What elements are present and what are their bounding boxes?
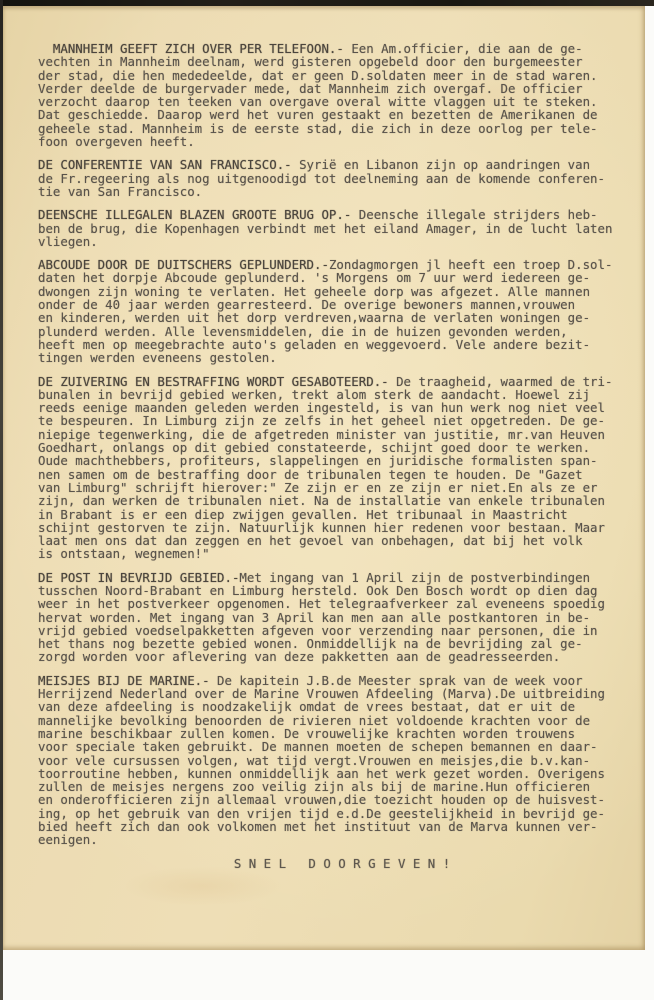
document-page: MANNHEIM GEEFT ZICH OVER PER TELEFOON.- … bbox=[3, 6, 645, 950]
article-meisjes-marine: MEISJES BIJ DE MARINE.- De kapitein J.B.… bbox=[38, 674, 646, 847]
article-body: Een Am.officier, die aan de ge- vechten … bbox=[38, 41, 598, 149]
article-body: Zondagmorgen jl heeft een troep D.sol- d… bbox=[38, 257, 612, 365]
article-zuivering-bestraffing: DE ZUIVERING EN BESTRAFFING WORDT GESABO… bbox=[38, 375, 646, 561]
article-mannheim: MANNHEIM GEEFT ZICH OVER PER TELEFOON.- … bbox=[38, 42, 646, 148]
paper-stain bbox=[123, 866, 283, 906]
page-text-column: MANNHEIM GEEFT ZICH OVER PER TELEFOON.- … bbox=[38, 42, 646, 870]
article-conferentie-san-francisco: DE CONFERENTIE VAN SAN FRANCISCO.- Syrië… bbox=[38, 158, 646, 198]
article-deensche-illegalen: DEENSCHE ILLEGALEN BLAZEN GROOTE BRUG OP… bbox=[38, 208, 646, 248]
scan-edge-left bbox=[0, 0, 3, 1000]
scan-edge-top bbox=[0, 0, 654, 6]
article-abcoude-geplunderd: ABCOUDE DOOR DE DUITSCHERS GEPLUNDERD.-Z… bbox=[38, 258, 646, 364]
article-post-bevrijd-gebied: DE POST IN BEVRIJD GEBIED.-Met ingang va… bbox=[38, 571, 646, 664]
article-body: Met ingang van 1 April zijn de postverbi… bbox=[38, 570, 605, 665]
article-body: De kapitein J.B.de Meester sprak van de … bbox=[38, 673, 605, 848]
footer-slogan: S N E L D O O R G E V E N ! bbox=[38, 857, 646, 870]
article-body: De traagheid, waarmed de tri- bunalen in… bbox=[38, 374, 612, 562]
scanned-newsletter-page: { "scan": { "paper_color": "#ecdbb2", "i… bbox=[0, 0, 654, 1000]
